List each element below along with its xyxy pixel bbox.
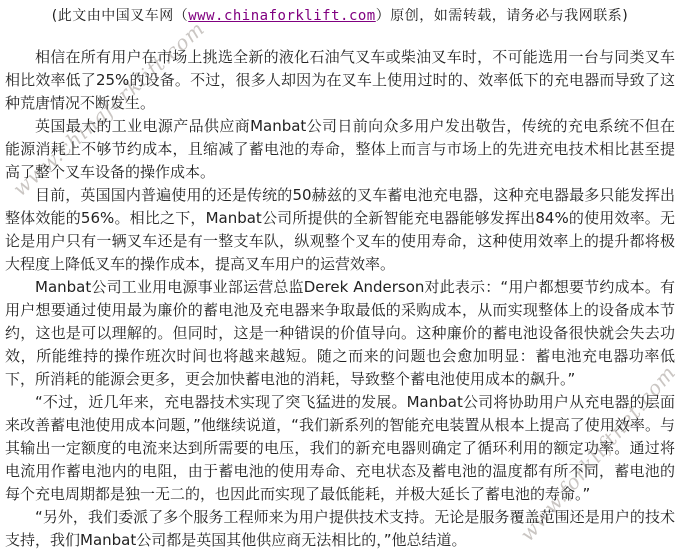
article-paragraph-3: 目前，英国国内普遍使用的还是传统的50赫兹的叉车蓄电池充电器，这种充电器最多只能… [5,184,675,276]
article-paragraph-5: “不过，近几年来，充电器技术实现了突飞猛进的发展。Manbat公司将协助用户从充… [5,391,675,506]
article-paragraph-4: Manbat公司工业用电源事业部运营总监Derek Anderson对此表示：“… [5,276,675,391]
article-paragraph-2: 英国最大的工业电源产品供应商Manbat公司日前向众多用户发出敬告，传统的充电系… [5,115,675,184]
chinaforklift-site-link[interactable]: www.chinaforklift.com [188,8,376,24]
attribution-header: (此文由中国叉车网（www.chinaforklift.com）原创，如需转载，… [0,0,680,26]
article-paragraph-1: 相信在所有用户在市场上挑选全新的液化石油气叉车或柴油叉车时，不可能选用一台与同类… [5,46,675,115]
attribution-suffix: ）原创，如需转载，请务必与我网联系) [376,8,628,24]
article-page: www.chinaforklift.com www.forkliftnet.co… [0,0,680,552]
attribution-prefix: (此文由中国叉车网（ [52,8,188,24]
article-content: (此文由中国叉车网（www.chinaforklift.com）原创，如需转载，… [0,0,680,552]
article-body: 相信在所有用户在市场上挑选全新的液化石油气叉车或柴油叉车时，不可能选用一台与同类… [0,46,680,552]
article-paragraph-6: “另外，我们委派了多个服务工程师来为用户提供技术支持。无论是服务覆盖范围还是用户… [5,506,675,552]
